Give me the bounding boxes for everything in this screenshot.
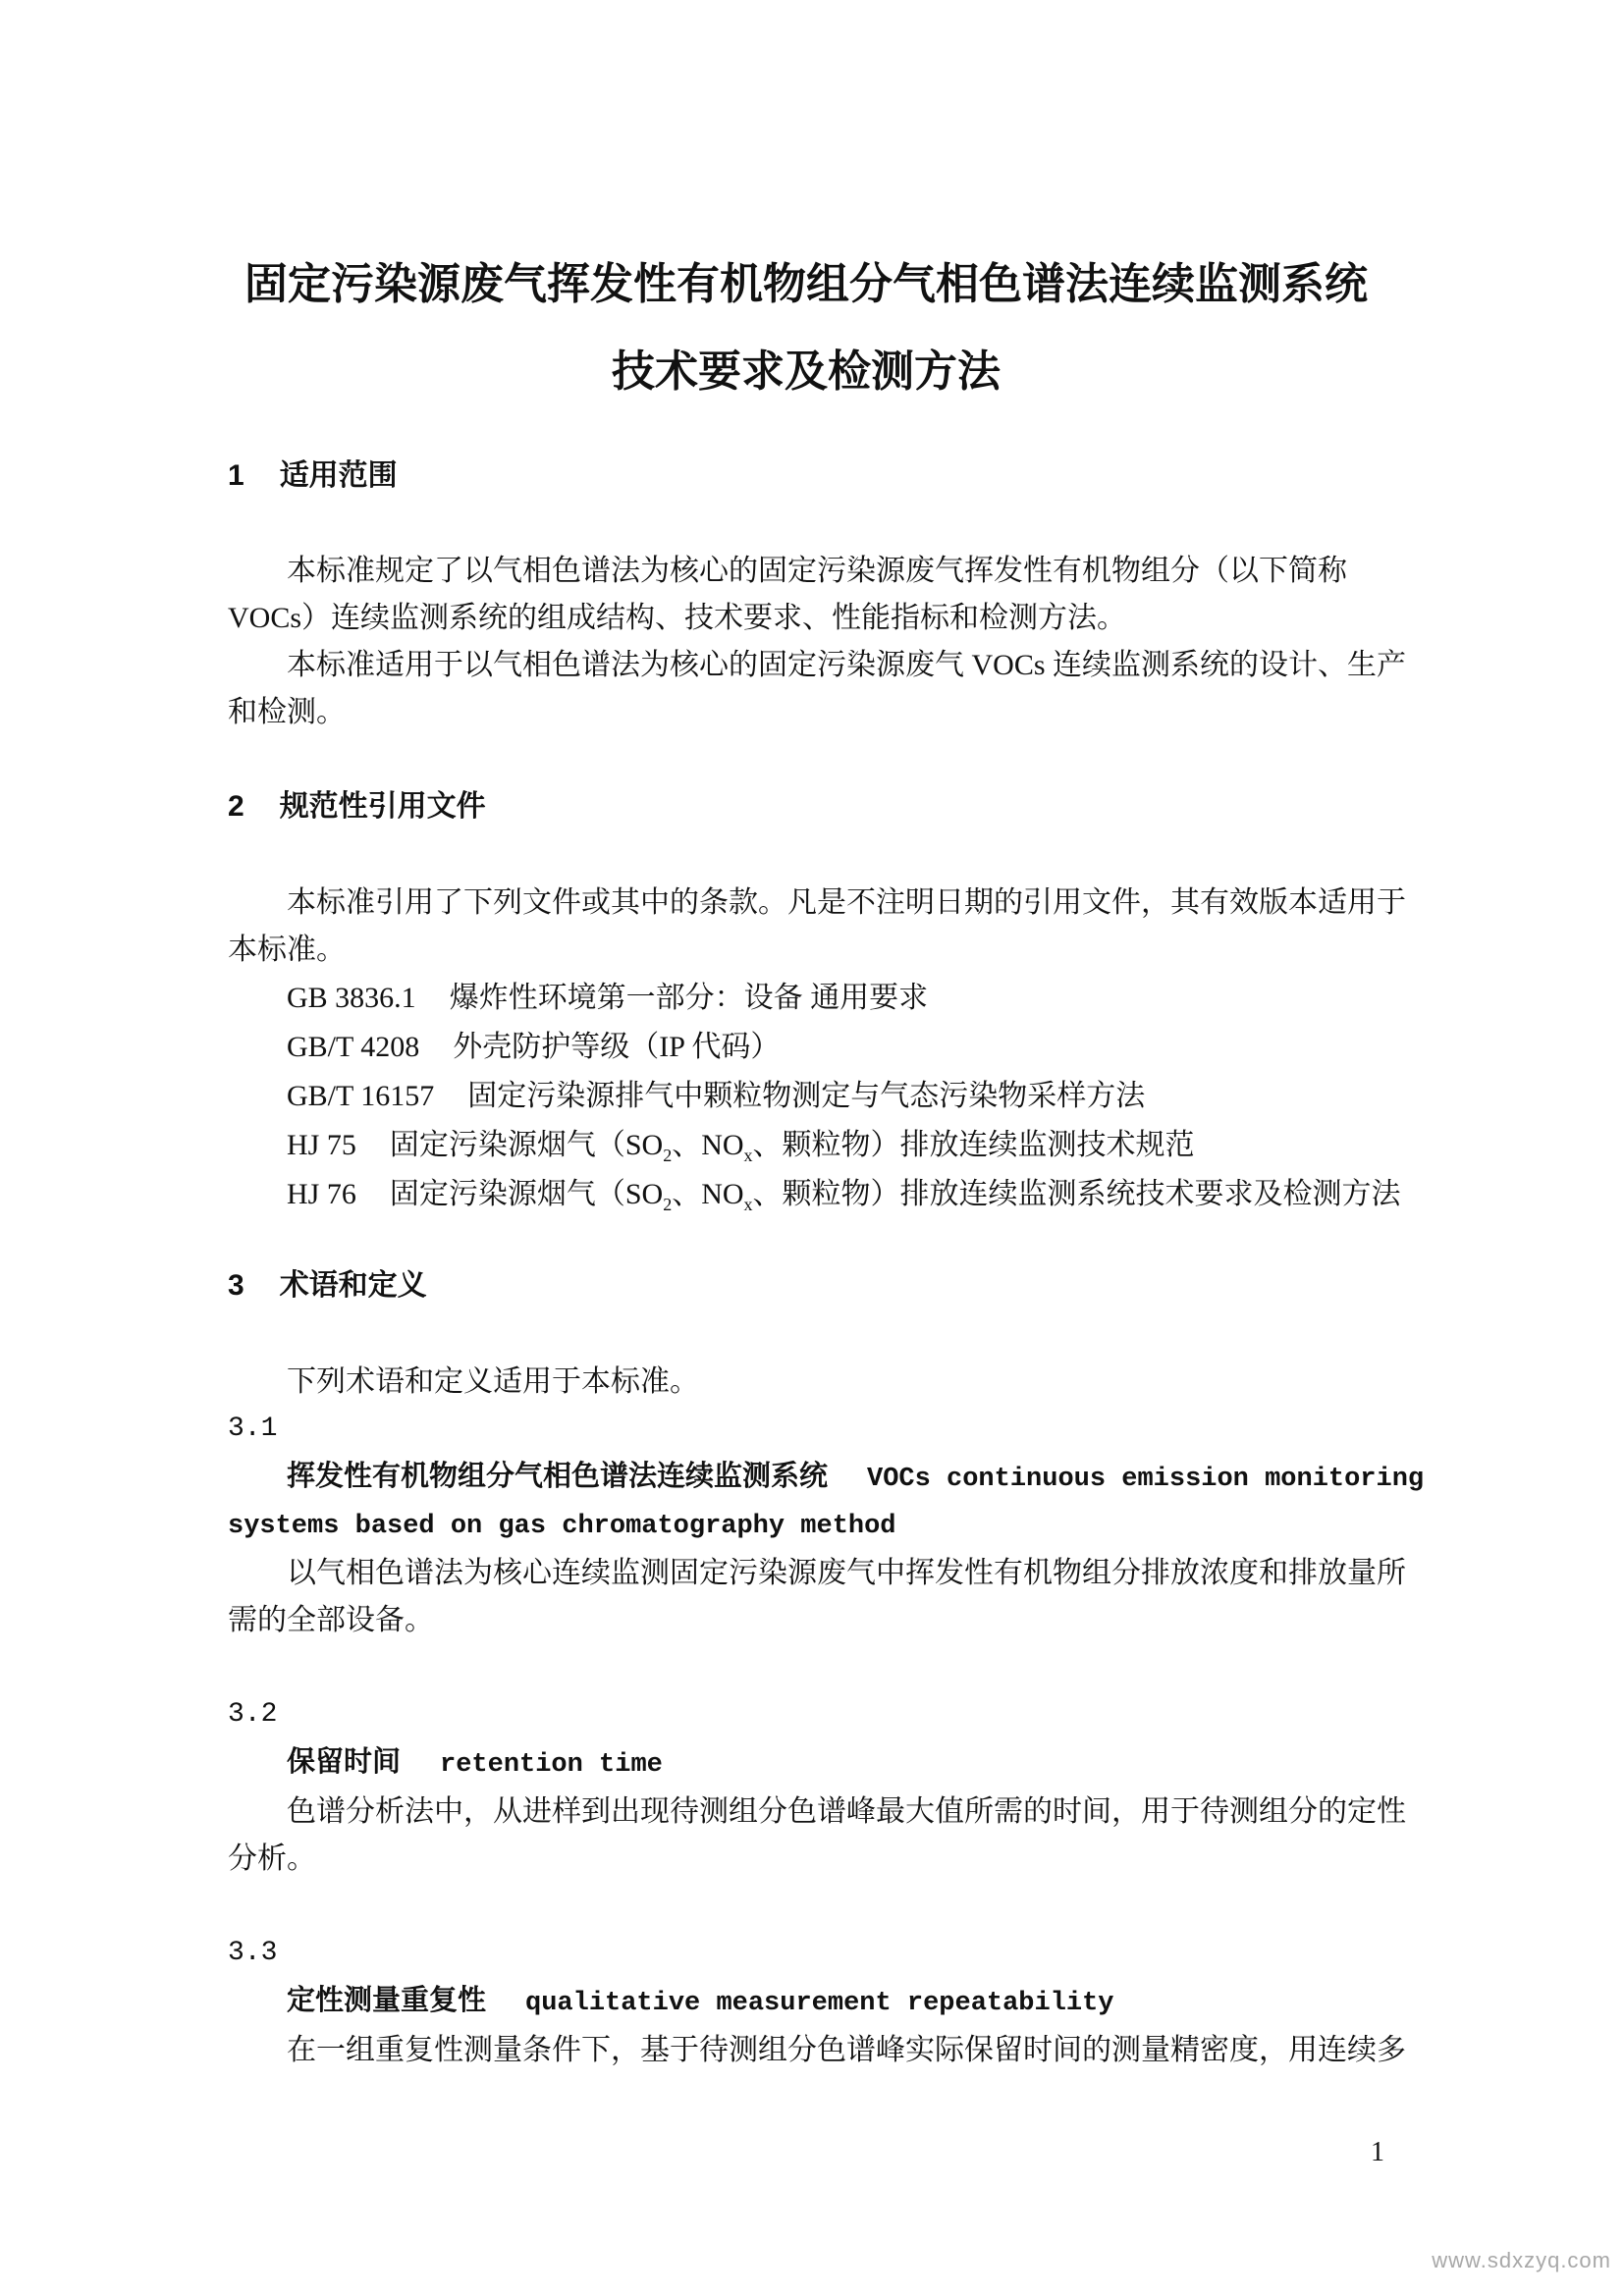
nox-subscript: x	[744, 1146, 753, 1165]
section-1-paragraph-2-line-1: 本标准适用于以气相色谱法为核心的固定污染源废气 VOCs 连续监测系统的设计、生…	[228, 642, 1384, 689]
reference-title-text: 固定污染源烟气（SO	[390, 1178, 663, 1210]
section-1-title: 适用范围	[280, 459, 398, 492]
term-3-3-name-zh: 定性测量重复性	[287, 1985, 486, 2016]
reference-code: HJ 75	[287, 1129, 356, 1161]
document-title-line1: 固定污染源废气挥发性有机物组分气相色谱法连续监测系统	[228, 259, 1384, 310]
reference-title: 固定污染源排气中颗粒物测定与气态污染物采样方法	[467, 1080, 1145, 1112]
reference-code: GB/T 16157	[287, 1080, 434, 1112]
term-3-3-name-en: qualitative measurement repeatability	[525, 1989, 1114, 2018]
term-3-1-line: 挥发性有机物组分气相色谱法连续监测系统VOCs continuous emiss…	[228, 1453, 1384, 1503]
section-2-number: 2	[228, 790, 244, 823]
reference-title: 外壳防护等级（IP 代码）	[453, 1031, 780, 1063]
section-1-heading: 1适用范围	[228, 453, 1384, 500]
section-2-intro-line-2: 本标准。	[228, 927, 1384, 974]
term-3-2-definition-line-2: 分析。	[228, 1836, 1384, 1883]
term-3-3-number: 3.3	[228, 1930, 1384, 1977]
reference-title: 爆炸性环境第一部分：设备 通用要求	[450, 982, 929, 1014]
term-3-1-name-zh: 挥发性有机物组分气相色谱法连续监测系统	[287, 1461, 828, 1492]
section-2-title: 规范性引用文件	[280, 790, 486, 823]
reference-title: 固定污染源烟气（SO2、NOx、颗粒物）排放连续监测技术规范	[390, 1129, 1195, 1161]
so2-subscript: 2	[663, 1195, 672, 1214]
term-3-1-name-en-line-2: systems based on gas chromatography meth…	[228, 1503, 1384, 1550]
reference-item-gbt4208: GB/T 4208外壳防护等级（IP 代码）	[228, 1023, 1384, 1072]
term-3-2-definition-line-1: 色谱分析法中，从进样到出现待测组分色谱峰最大值所需的时间，用于待测组分的定性	[228, 1789, 1384, 1836]
section-1-number: 1	[228, 459, 244, 492]
document-page: 固定污染源废气挥发性有机物组分气相色谱法连续监测系统 技术要求及检测方法 1适用…	[0, 0, 1624, 2296]
watermark: www.sdxzyq.com	[1432, 2248, 1611, 2273]
reference-title-text: 、颗粒物）排放连续监测技术规范	[753, 1129, 1195, 1161]
term-3-1-number: 3.1	[228, 1406, 1384, 1453]
reference-item-hj75: HJ 75固定污染源烟气（SO2、NOx、颗粒物）排放连续监测技术规范	[228, 1121, 1384, 1170]
reference-title: 固定污染源烟气（SO2、NOx、颗粒物）排放连续监测系统技术要求及检测方法	[390, 1178, 1401, 1210]
document-content: 固定污染源废气挥发性有机物组分气相色谱法连续监测系统 技术要求及检测方法 1适用…	[228, 0, 1384, 2176]
reference-title-text: 、NO	[672, 1129, 743, 1161]
reference-title-text: 固定污染源烟气（SO	[390, 1129, 663, 1161]
reference-code: GB 3836.1	[287, 982, 416, 1014]
term-3-1-name-en: VOCs continuous emission monitoring	[867, 1465, 1424, 1494]
so2-subscript: 2	[663, 1146, 672, 1165]
term-3-1-definition-line-1: 以气相色谱法为核心连续监测固定污染源废气中挥发性有机物组分排放浓度和排放量所	[228, 1550, 1384, 1597]
section-3-heading: 3术语和定义	[228, 1262, 1384, 1309]
section-1-paragraph-2-line-2: 和检测。	[228, 689, 1384, 736]
page-number: 1	[228, 2129, 1384, 2176]
term-3-3-definition-line-1: 在一组重复性测量条件下，基于待测组分色谱峰实际保留时间的测量精密度，用连续多	[228, 2027, 1384, 2074]
term-3-3-line: 定性测量重复性qualitative measurement repeatabi…	[228, 1977, 1384, 2027]
reference-code: HJ 76	[287, 1178, 356, 1210]
document-title-line2: 技术要求及检测方法	[228, 347, 1384, 398]
reference-item-hj76: HJ 76固定污染源烟气（SO2、NOx、颗粒物）排放连续监测系统技术要求及检测…	[228, 1170, 1384, 1219]
section-1-paragraph-1-line-1: 本标准规定了以气相色谱法为核心的固定污染源废气挥发性有机物组分（以下简称	[228, 548, 1384, 595]
nox-subscript: x	[744, 1195, 753, 1214]
reference-title-text: 、颗粒物）排放连续监测系统技术要求及检测方法	[753, 1178, 1401, 1210]
reference-code: GB/T 4208	[287, 1031, 419, 1063]
term-3-2-line: 保留时间retention time	[228, 1738, 1384, 1789]
section-2-heading: 2规范性引用文件	[228, 783, 1384, 830]
term-3-1-definition-line-2: 需的全部设备。	[228, 1597, 1384, 1644]
term-3-2-name-en: retention time	[440, 1750, 663, 1780]
reference-item-gbt16157: GB/T 16157固定污染源排气中颗粒物测定与气态污染物采样方法	[228, 1072, 1384, 1121]
term-3-2-name-zh: 保留时间	[287, 1746, 401, 1778]
reference-item-gb3836: GB 3836.1爆炸性环境第一部分：设备 通用要求	[228, 974, 1384, 1023]
reference-title-text: 、NO	[672, 1178, 743, 1210]
section-1-paragraph-1-line-2: VOCs）连续监测系统的组成结构、技术要求、性能指标和检测方法。	[228, 595, 1384, 642]
section-2-intro-line-1: 本标准引用了下列文件或其中的条款。凡是不注明日期的引用文件，其有效版本适用于	[228, 880, 1384, 927]
section-3-number: 3	[228, 1269, 244, 1302]
section-3-title: 术语和定义	[280, 1269, 427, 1302]
term-3-2-number: 3.2	[228, 1691, 1384, 1738]
section-3-intro: 下列术语和定义适用于本标准。	[228, 1359, 1384, 1406]
